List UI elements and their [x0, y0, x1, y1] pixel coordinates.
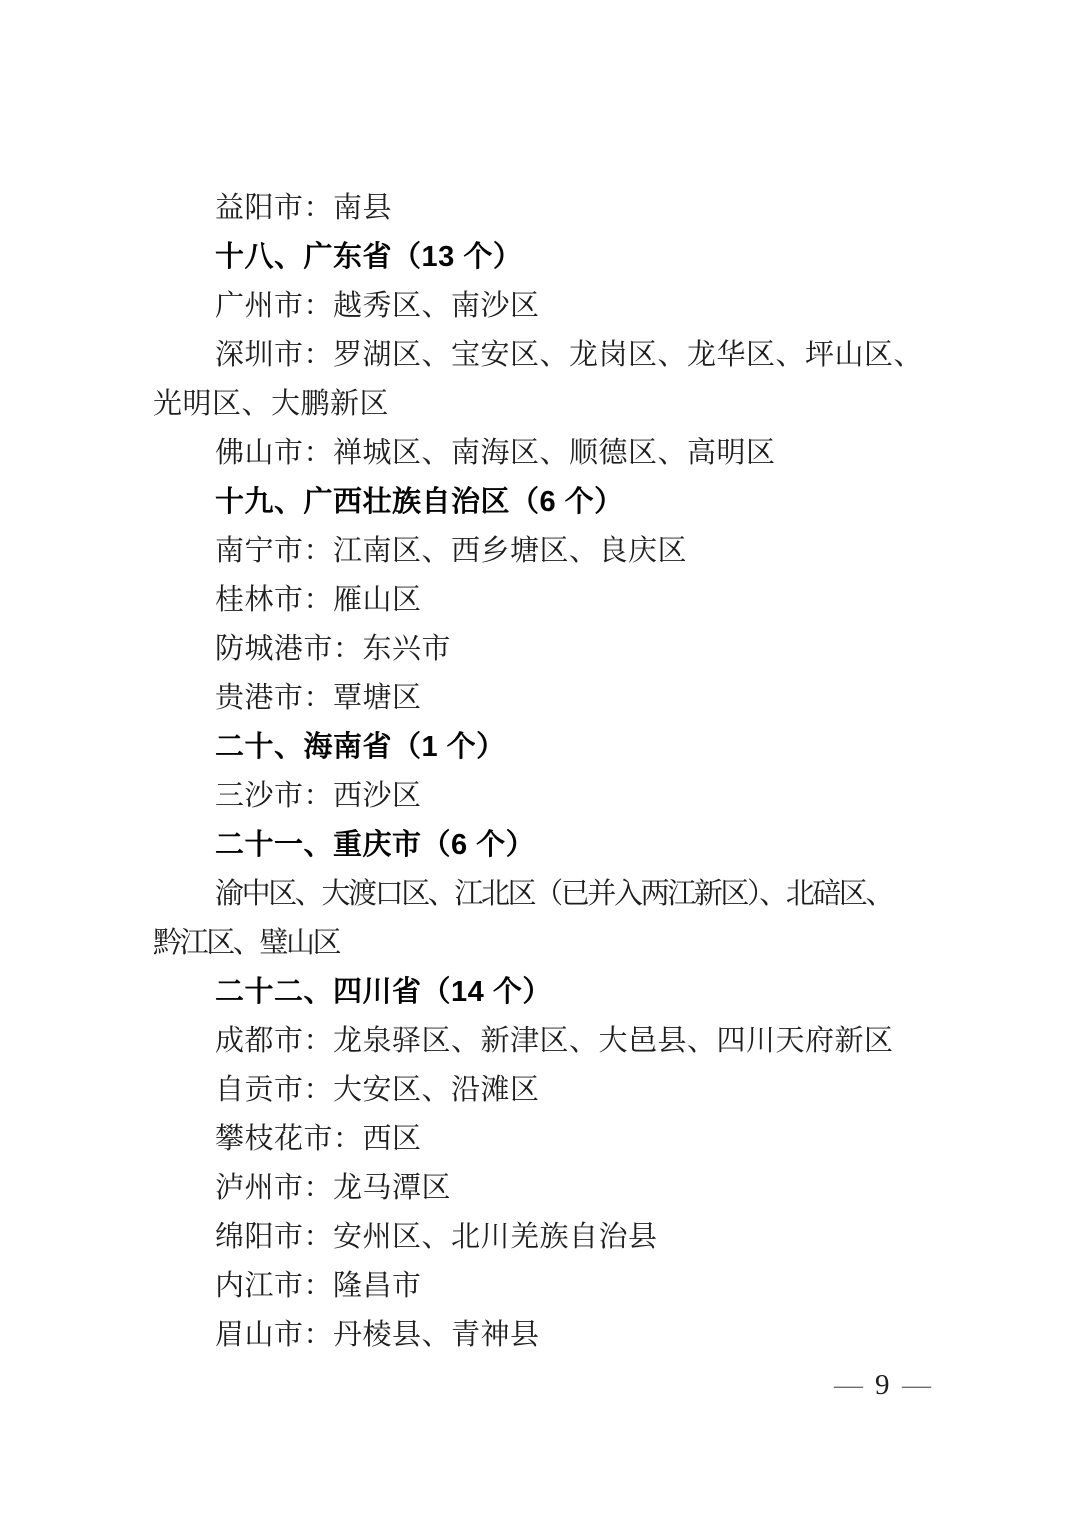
city-entry: 攀枝花市：西区 [153, 1115, 931, 1164]
province-heading: 二十、海南省（1 个） [153, 723, 931, 772]
city-entry: 贵港市：覃塘区 [153, 674, 931, 723]
footer-dash-right: — [902, 1369, 931, 1401]
province-heading: 十八、广东省（13 个） [153, 233, 931, 282]
city-entry: 绵阳市：安州区、北川羌族自治县 [153, 1213, 931, 1262]
city-entry: 深圳市：罗湖区、宝安区、龙岗区、龙华区、坪山区、 光明区、大鹏新区 [153, 331, 931, 429]
city-entry: 益阳市：南县 [153, 184, 931, 233]
province-heading: 十九、广西壮族自治区（6 个） [153, 478, 931, 527]
province-heading: 二十一、重庆市（6 个） [153, 821, 931, 870]
document-page: 益阳市：南县十八、广东省（13 个）广州市：越秀区、南沙区深圳市：罗湖区、宝安区… [0, 0, 1080, 1527]
city-entry: 内江市：隆昌市 [153, 1262, 931, 1311]
page-footer: —9— [153, 1361, 931, 1410]
province-heading: 二十二、四川省（14 个） [153, 968, 931, 1017]
city-entry: 广州市：越秀区、南沙区 [153, 282, 931, 331]
page-footer-area: —9— [153, 1361, 931, 1410]
city-entry: 佛山市：禅城区、南海区、顺德区、高明区 [153, 429, 931, 478]
city-entry: 三沙市：西沙区 [153, 772, 931, 821]
city-entry: 泸州市：龙马潭区 [153, 1164, 931, 1213]
page-number: 9 [875, 1369, 890, 1401]
document-body: 益阳市：南县十八、广东省（13 个）广州市：越秀区、南沙区深圳市：罗湖区、宝安区… [153, 184, 931, 1360]
city-entry: 自贡市：大安区、沿滩区 [153, 1066, 931, 1115]
city-entry: 渝中区、大渡口区、江北区（已并入两江新区）、北碚区、 黔江区、璧山区 [153, 870, 931, 968]
city-entry: 南宁市：江南区、西乡塘区、良庆区 [153, 527, 931, 576]
footer-dash-left: — [834, 1369, 863, 1401]
city-entry: 眉山市：丹棱县、青神县 [153, 1311, 931, 1360]
city-entry: 桂林市：雁山区 [153, 576, 931, 625]
city-entry: 防城港市：东兴市 [153, 625, 931, 674]
city-entry: 成都市：龙泉驿区、新津区、大邑县、四川天府新区 [153, 1017, 931, 1066]
